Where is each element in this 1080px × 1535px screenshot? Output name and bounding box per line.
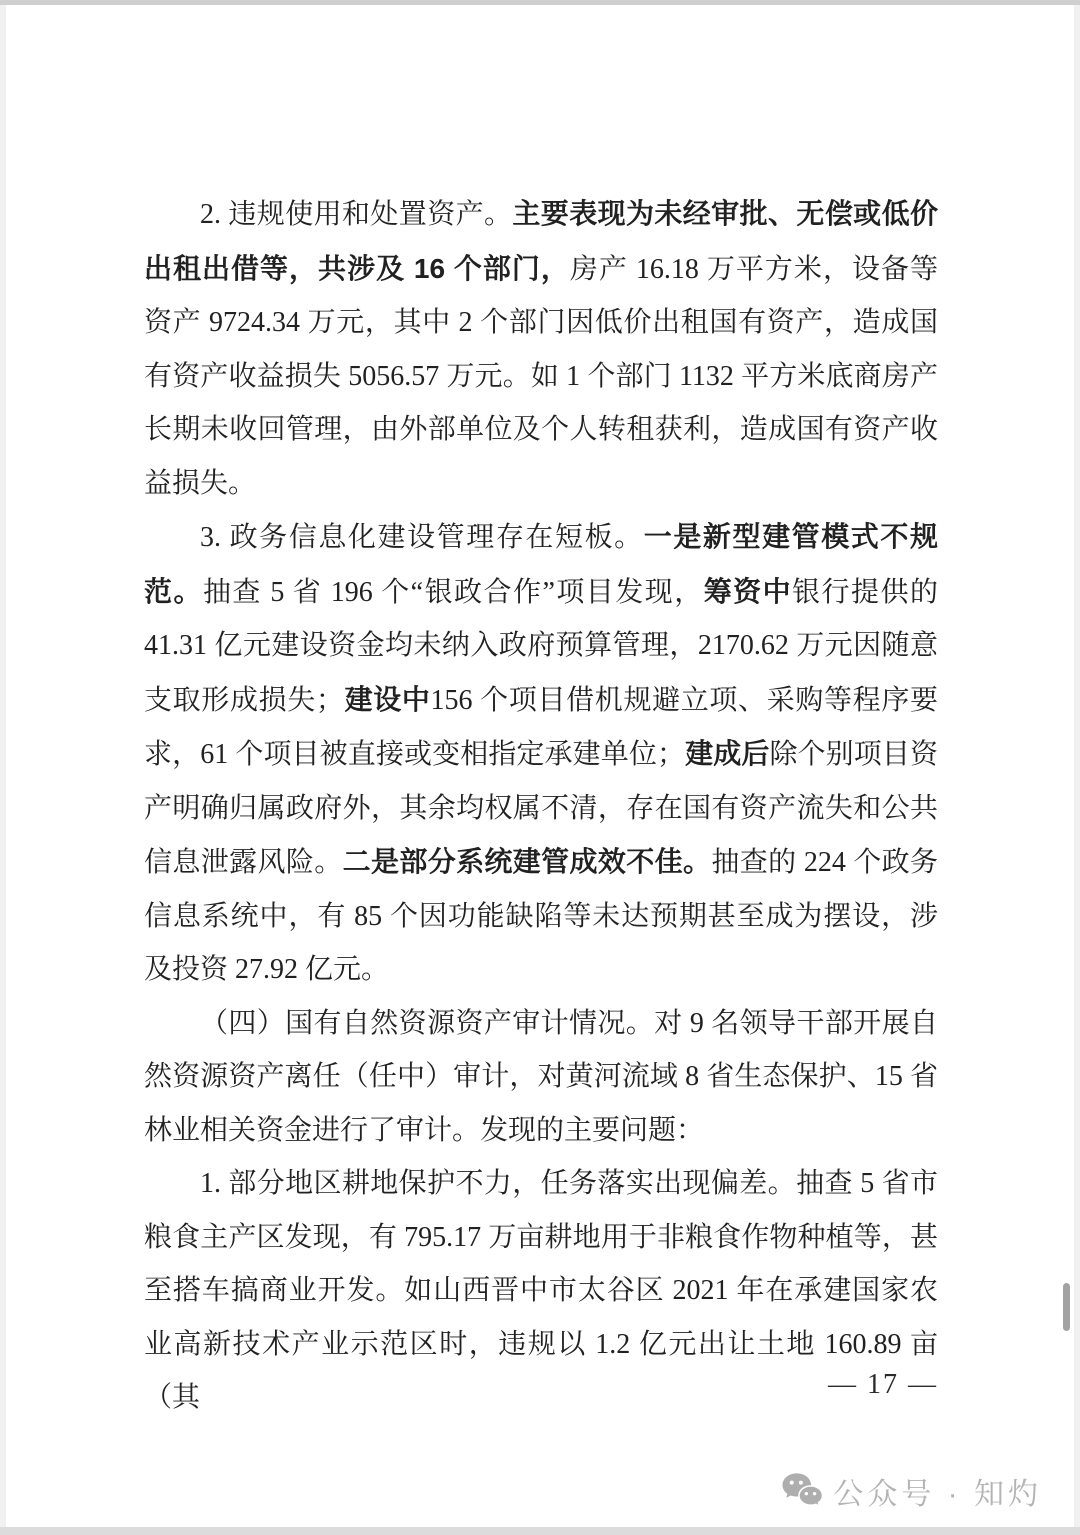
text-run: 3. 政务信息化建设管理存在短板。 [200, 522, 644, 553]
text-run: 筹资中 [704, 576, 792, 607]
text-run: 房产 16.18 万平方米，设备等资产 9724.34 万元，其中 2 个部门因… [144, 254, 938, 499]
text-run: 建成后 [685, 738, 769, 769]
text-run: （四）国有自然资源资产审计情况。 [200, 1008, 654, 1039]
text-run: 1. 部分地区耕地保护不力，任务落实出现偏差。 [200, 1168, 796, 1199]
paragraph: 3. 政务信息化建设管理存在短板。一是新型建管模式不规范。抽查 5 省 196 … [144, 510, 938, 997]
document-page: 2. 违规使用和处置资产。主要表现为未经审批、无偿或低价出租出借等，共涉及 16… [0, 5, 1080, 1527]
page-number: — 17 — [144, 1369, 938, 1401]
watermark: 公众号 · 知灼 [781, 1469, 1042, 1513]
scrollbar-thumb[interactable] [1063, 1283, 1070, 1331]
text-run: 二是部分系统建管成效不佳。 [343, 846, 712, 877]
watermark-text: 公众号 · 知灼 [833, 1469, 1042, 1513]
wechat-icon [781, 1472, 823, 1510]
text-run: 2. 违规使用和处置资产。 [200, 199, 512, 230]
paragraph: （四）国有自然资源资产审计情况。对 9 名领导干部开展自然资源资产离任（任中）审… [144, 997, 938, 1158]
paragraph: 2. 违规使用和处置资产。主要表现为未经审批、无偿或低价出租出借等，共涉及 16… [144, 187, 938, 510]
text-run: 抽查 5 省 196 个“银政合作”项目发现， [203, 577, 704, 608]
document-body: 2. 违规使用和处置资产。主要表现为未经审批、无偿或低价出租出借等，共涉及 16… [144, 187, 938, 1425]
text-run: 建设中 [344, 684, 431, 715]
window-bottom-edge [0, 1527, 1080, 1535]
